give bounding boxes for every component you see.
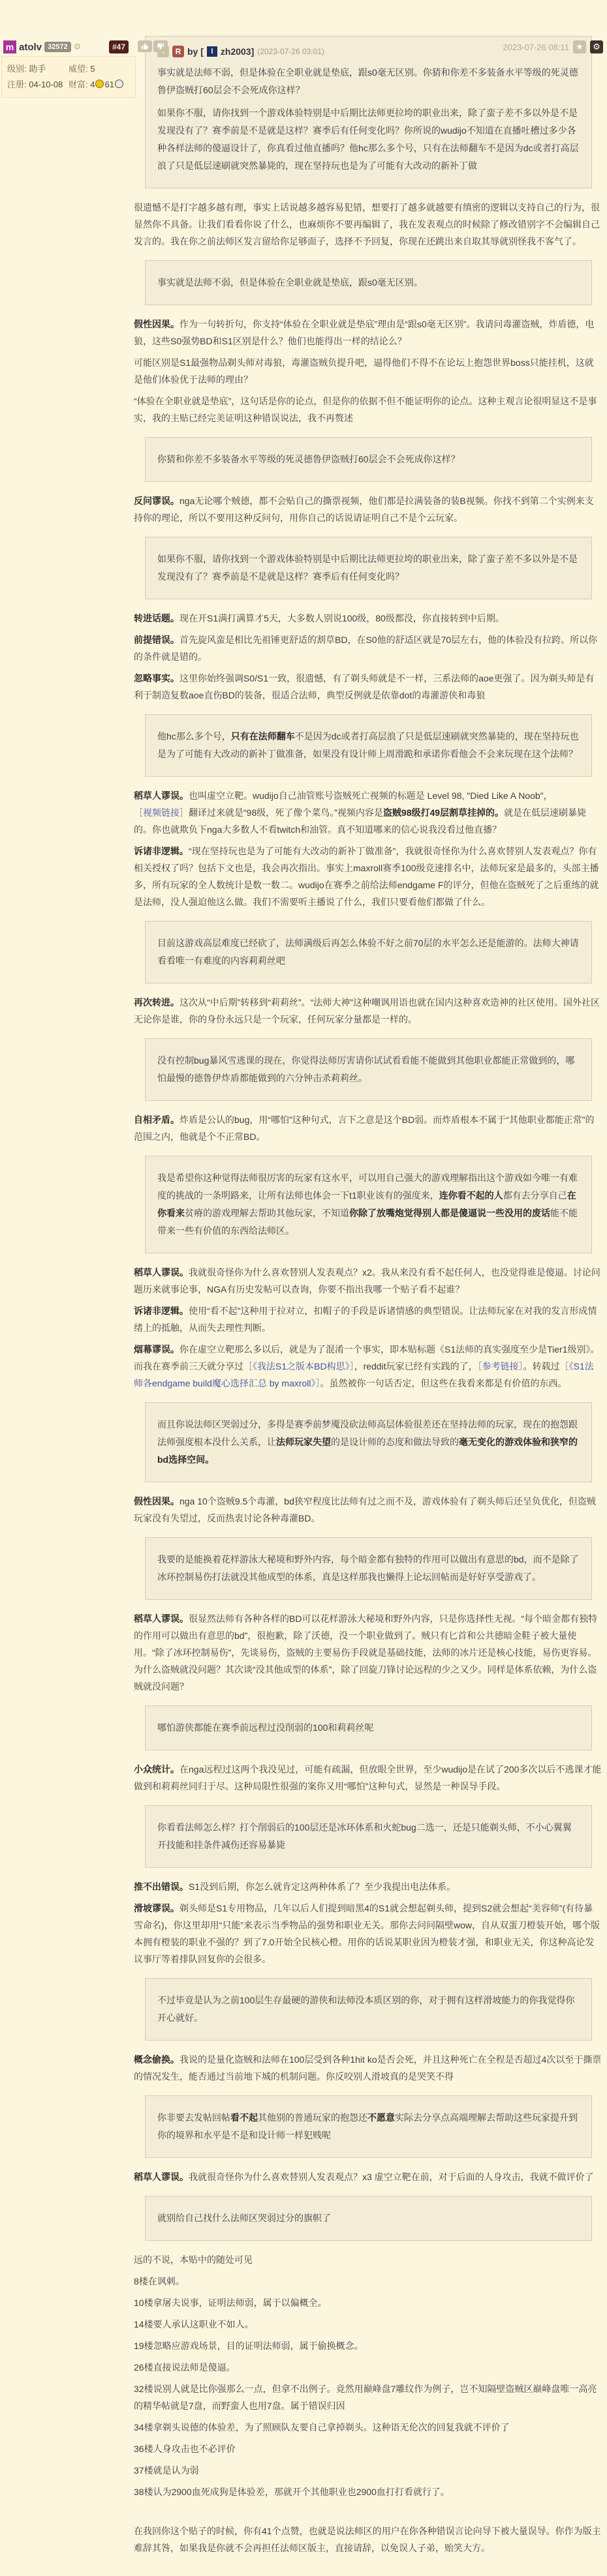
text-run: 哪怕游侠都能在赛季前远程过没削弱的100和莉莉丝呢 [157, 1722, 373, 1733]
reply-paragraph: 稻草人谬误。很显然法师有各种各样的BD可以花样游泳大秘境和野外内容，只是你选择性… [134, 1610, 602, 1695]
quoted-block: 我是希望你这种觉得法师很厉害的玩家有这水平，可以用自己强大的游戏理解指出这个游戏… [145, 1156, 592, 1253]
quote-paragraph: 如果你不服，请你找到一个游戏体验特别是中后期比法师更拉垮的职业出来，除了蛮子差不… [157, 550, 580, 586]
reply-paragraph: 推不出错误。S1没到后期，你怎么就肯定这两种体系了？至少我提出电法体系。 [134, 1878, 602, 1895]
reply-paragraph: “体验在全职业就是垫底”，这句话是你的论点，但是你的依据不但不能证明你的论点。这… [134, 393, 602, 427]
reply-text-block: 稻草人谬误。很显然法师有各种各样的BD可以花样游泳大秘境和野外内容，只是你选择性… [134, 1610, 602, 1695]
bold-text: 再次转进。 [134, 997, 179, 1008]
post-time: 2023-07-26 08:11 [503, 42, 569, 52]
reply-paragraph: 36楼人身攻击也不必评价 [134, 2440, 602, 2457]
text-run: 我就很奇怪你为什么喜欢替别人发表观点？x2。我从来没有看不起任何人，也没觉得谁是… [134, 1267, 600, 1295]
bold-text: 连你看不起的人 [439, 1190, 503, 1201]
text-run: 炸盾是公认的bug，用“哪怕”这种句式，言下之意是这个BD弱。而炸盾根本不属于“… [134, 1115, 594, 1142]
text-run: 剃头师是S1专用物品，几年以后人们提到暗黑4的S1就会想起剃头师，提到S2就会想… [134, 1903, 600, 1964]
bold-text: 忽略事实。 [134, 673, 179, 683]
quoted-block: 而且你说法师区哭弱过分，多得是赛季前梦魇没砍法师高层体验很差还在坚持法师的玩家，… [145, 1402, 592, 1482]
text-run: 远的不说，本贴中的随处可见 [134, 2254, 253, 2265]
quoted-block: 就别给自己找什么法师区哭弱过分的旗帜了 [145, 2196, 592, 2241]
quote-paragraph: 哪怕游侠都能在赛季前远程过没削弱的100和莉莉丝呢 [157, 1719, 580, 1737]
reply-paragraph: 在我回你这个贴子的时候，你有41个点赞，也就是说法师区的用户在你各种错误言论向导… [134, 2523, 602, 2556]
text-run: 在nga远程过这两个我没见过，可能有疏漏，但放眼全世界，至少wudijo是在试了… [134, 1764, 601, 1791]
wealth-label: 财富: [69, 80, 88, 89]
reply-paragraph: 远的不说，本贴中的随处可见 [134, 2251, 602, 2268]
bold-text: 法师玩家失望 [276, 1437, 331, 1447]
quoted-block: 他hc那么多个号，只有在法师翻车不是因为dc或者打高层浪了只是低层速刷就突然暴毙… [145, 714, 592, 777]
text-run: 事实就是法师不弱，但是体验在全职业就是垫底，跟s0毫无区别。 [157, 277, 423, 288]
text-run: 8楼在讽刺。 [134, 2276, 185, 2286]
thumbs-down-icon[interactable] [153, 40, 168, 52]
level-label: 级别: [7, 64, 27, 74]
thumbs-up-icon[interactable] [138, 40, 152, 52]
reply-paragraph: 可能区别是S1最强物品剃头师对毒狼，毒灌盗贼负提升吧，逼得他们不得不在论坛上抱怨… [134, 354, 602, 388]
inline-link[interactable]: ［视频链接］ [134, 807, 189, 818]
bold-text: 滑坡谬误。 [134, 1903, 179, 1913]
text-run: 如果你不服，请你找到一个游戏体验特别是中后期比法师更拉垮的职业出来，除了蛮子差不… [157, 108, 579, 171]
text-run: 。虽然被你一句话否定，但这些在我看来都是有价值的东西。 [320, 1378, 567, 1388]
reply-paragraph: 稻草人谬误。也叫虚空立靶。wudijo自己油管账号盗贼死亡视频的标题是 Leve… [134, 787, 602, 838]
reply-paragraph: 10楼拿屠夫说事，证明法师弱，属于以偏概全。 [134, 2294, 602, 2311]
wealth-gold-value: 4 [90, 80, 95, 89]
text-run: 在我回你这个贴子的时候，你有41个点赞，也就是说法师区的用户在你各种错误言论向导… [134, 2526, 601, 2553]
text-run: “体验在全职业就是垫底”，这句话是你的论点，但是你的依据不但不能证明你的论点。这… [134, 396, 597, 423]
gold-coin-icon [95, 80, 104, 88]
reply-text-block: 小众统计。在nga远程过这两个我没见过，可能有疏漏，但放眼全世界，至少wudij… [134, 1761, 602, 1795]
reply-paragraph: 很遗憾不是打字越多越有理，事实上话说越多越容易犯错，想要打了越多就越要有缜密的逻… [134, 199, 602, 250]
text-run: 我要的是能换着花样游泳大秘境和野外内容，每个暗金都有独特的作用可以做出有意思的b… [157, 1554, 579, 1582]
text-run: “现在坚持玩也是为了可能有大改动的新补丁做准备”，我就很奇怪你为什么喜欢替别人发… [134, 846, 599, 907]
text-run: 如果你不服，请你找到一个游戏体验特别是中后期比法师更拉垮的职业出来，除了蛮子差不… [157, 554, 578, 582]
reply-paragraph: 32楼说别人就是比你强那么一点，但拿不出例子。竟然用巅峰盘7雕纹作为例子，岂不知… [134, 2380, 602, 2414]
post-options-gear-icon[interactable]: ⚙ [590, 40, 603, 53]
quote-paragraph: 我是希望你这种觉得法师很厉害的玩家有这水平，可以用自己强大的游戏理解指出这个游戏… [157, 1169, 580, 1240]
reply-paragraph: 26楼直接说法师是傻逼。 [134, 2359, 602, 2376]
bold-text: 诉诸非逻辑。 [134, 1306, 189, 1316]
bold-text: 稻草人谬误。 [134, 790, 189, 801]
bold-text: 自相矛盾。 [134, 1115, 179, 1125]
bold-text: 反问谬误。 [134, 496, 179, 506]
quote-paragraph: 我要的是能换着花样游泳大秘境和野外内容，每个暗金都有独特的作用可以做出有意思的b… [157, 1551, 580, 1586]
text-run: 我就很奇怪你为什么喜欢替别人发表观点？x3 虚空立靶在前，对于后面的人身攻击，我… [189, 2172, 594, 2182]
reply-paragraph: 概念偷换。我说的是量化盗贼和法师在100层受到各种1hit ko是否会死，并且这… [134, 2051, 602, 2085]
quote-paragraph: 如果你不服，请你找到一个游戏体验特别是中后期比法师更拉垮的职业出来，除了蛮子差不… [157, 104, 580, 175]
reply-paragraph: 诉诸非逻辑。使用“看不起”这种用于拉对立，扣帽子的手段是诉诸情感的典型错误。让法… [134, 1302, 602, 1336]
level-value: 助手 [29, 64, 46, 74]
text-run: 其他别的普通玩家的抱怨还 [258, 2112, 367, 2123]
reply-paragraph: 假性因果。作为一句转折句，你支持“体验在全职业就是垫底”理由是“跟s0毫无区别”… [134, 316, 602, 350]
reply-text-block: 假性因果。作为一句转折句，你支持“体验在全职业就是垫底”理由是“跟s0毫无区别”… [134, 316, 602, 427]
text-run: 目前这游戏高层难度已经砍了，法师满级后再怎么体验不好之前70层的水平怎么还是能游… [157, 938, 579, 966]
bold-text: 稻草人谬误。 [134, 1613, 189, 1624]
prestige-value: 5 [90, 64, 95, 74]
text-run: 19楼忽略应游戏场景，目的证明法师弱，属于偷换概念。 [134, 2341, 364, 2351]
text-run: 14楼要人承认这职业不如人。 [134, 2319, 254, 2329]
bold-text: 你除了放嘴炮觉得别人都是傻逼说一些没用的废话 [349, 1208, 550, 1218]
text-run: 你看看法师怎么样？打个削弱后的100层还是冰环体系和火蛇bug二选一，还是只能剃… [157, 1822, 572, 1850]
reply-paragraph: 前提错误。首先旋风蛮是相比先祖锤更舒适的割草BD，在S0他的舒适区就是70层左右… [134, 631, 602, 665]
quoted-block: 你非要去发帖回帖看不起其他别的普通玩家的抱怨还不愿意实际去分享点高端理解去帮助这… [145, 2095, 592, 2158]
quoted-block: +Rby [lzh2003](2023-07-26 03:01)事实就是法师不弱… [145, 36, 592, 188]
text-run: 首先旋风蛮是相比先祖锤更舒适的割草BD，在S0他的舒适区就是70层左右，他的体验… [134, 635, 597, 662]
reply-paragraph [134, 2505, 602, 2518]
reply-paragraph: 8楼在讽刺。 [134, 2273, 602, 2290]
text-run: 作为一句转折句，你支持“体验在全职业就是垫底”理由是“跟s0毫无区别”。我请问毒… [134, 319, 594, 346]
quote-paragraph: 没有控制bug暴风雪逃课的现在，你觉得法师厉害请你试试看看能不能做到其他职业都能… [157, 1052, 580, 1087]
quoted-block: 事实就是法师不弱，但是体验在全职业就是垫底，跟s0毫无区别。 [145, 260, 592, 305]
register-date: 04-10-08 [29, 80, 63, 89]
text-run: ，reddit玩家已经有实践的了， [354, 1361, 478, 1371]
reply-paragraph: 假性因果。nga 10个盗贼9.5个毒灌，bd狭窄程度比法师有过之而不及，游戏体… [134, 1493, 602, 1527]
text-run: 10楼拿屠夫说事，证明法师弱，属于以偏概全。 [134, 2298, 327, 2308]
reply-paragraph: 37楼就是认为弱 [134, 2462, 602, 2479]
quoted-block: 哪怕游侠都能在赛季前远程过没削弱的100和莉莉丝呢 [145, 1705, 592, 1750]
text-run: 翻译过来就是“98级，死了像个菜鸟。”视频内容是 [189, 807, 383, 818]
quoted-block: 你看看法师怎么样？打个削弱后的100层还是冰环体系和火蛇bug二选一，还是只能剃… [145, 1805, 592, 1868]
text-run: 不过毕竟是认为之前100层生存最硬的游侠和法师没本质区别的你，对于拥有这样滑坡能… [157, 1995, 574, 2023]
bold-text: 概念偷换。 [134, 2054, 179, 2065]
reply-paragraph: 自相矛盾。炸盾是公认的bug，用“哪怕”这种句式，言下之意是这个BD弱。而炸盾根… [134, 1111, 602, 1145]
bold-text: 稻草人谬误。 [134, 2172, 189, 2182]
post-header-bar: m atolv 32572 ⚙ #47 2023-07-26 08:11 ★ ⚙ [0, 36, 607, 55]
quote-paragraph: 他hc那么多个号，只有在法师翻车不是因为dc或者打高层浪了只是低层速刷就突然暴毙… [157, 728, 580, 763]
quoted-block: 目前这游戏高层难度已经砍了，法师满级后再怎么体验不好之前70层的水平怎么还是能游… [145, 921, 592, 983]
quote-paragraph: 就别给自己找什么法师区哭弱过分的旗帜了 [157, 2209, 580, 2227]
post-number-badge: #47 [109, 40, 129, 53]
bold-text: 只有在法师翻车 [231, 731, 295, 741]
text-run: 你猜和你差不多装备水平等级的死灵德鲁伊盗贼打60层会不会死成你这样？ [157, 454, 460, 464]
text-run: 36楼人身攻击也不必评价 [134, 2444, 236, 2454]
quoted-block: 我要的是能换着花样游泳大秘境和野外内容，每个暗金都有独特的作用可以做出有意思的b… [145, 1537, 592, 1600]
bold-text: 烟幕谬误。 [134, 1344, 179, 1355]
bold-text: 小众统计。 [134, 1764, 179, 1775]
post-meta: 2023-07-26 08:11 ★ ⚙ [503, 40, 603, 53]
quote-paragraph: 事实就是法师不弱，但是体验在全职业就是垫底，跟s0毫无区别。 [157, 274, 580, 292]
inline-link[interactable]: ［参考链接］ [478, 1361, 523, 1371]
reply-text-block: 远的不说，本贴中的随处可见8楼在讽刺。10楼拿屠夫说事，证明法师弱，属于以偏概全… [134, 2251, 602, 2556]
text-run: nga无论哪个贼德，都不会贴自己的撕票视频，他们都是拉满装备的装B视频。你找不到… [134, 496, 594, 523]
vote-buttons [138, 40, 168, 52]
reply-paragraph: 14楼要人承认这职业不如人。 [134, 2316, 602, 2333]
user-stats-row: 注册: 04-10-08 财富: 461 [7, 77, 130, 93]
reply-paragraph: 稻草人谬误。我就很奇怪你为什么喜欢替别人发表观点？x2。我从来没有看不起任何人，… [134, 1264, 602, 1298]
reply-paragraph: 诉诸非逻辑。“现在坚持玩也是为了可能有大改动的新补丁做准备”，我就很奇怪你为什么… [134, 843, 602, 910]
text-run: 事实就是法师不弱，但是体验在全职业就是垫底，跟s0毫无区别。你猜和你差不多装备水… [157, 67, 578, 95]
reply-text-block: 反问谬误。nga无论哪个贼德，都不会贴自己的撕票视频，他们都是拉满装备的装B视频… [134, 492, 602, 526]
text-run: 贫瘠的游戏理解去帮助其他玩家，不知道 [185, 1208, 349, 1218]
reply-text-block: 推不出错误。S1没到后期，你怎么就肯定这两种体系了？至少我提出电法体系。滑坡谬误… [134, 1878, 602, 1968]
reply-paragraph: 小众统计。在nga远程过这两个我没见过，可能有疏漏，但放眼全世界，至少wudij… [134, 1761, 602, 1795]
text-run: nga 10个盗贼9.5个毒灌，bd狭窄程度比法师有过之而不及，游戏体验有了剃头… [134, 1496, 596, 1523]
reply-text-block: 再次转进。这次从“中后期”转移到“莉莉丝”。“法师大神”这种嘲讽用语也就在国内这… [134, 994, 602, 1028]
post-content: +Rby [lzh2003](2023-07-26 03:01)事实就是法师不弱… [134, 36, 602, 2556]
text-run: 32楼说别人就是比你强那么一点，但拿不出例子。竟然用巅峰盘7雕纹作为例子，岂不知… [134, 2384, 597, 2411]
reply-text-block: 概念偷换。我说的是量化盗贼和法师在100层受到各种1hit ko是否会死，并且这… [134, 2051, 602, 2085]
favorite-star-icon[interactable]: ★ [573, 40, 586, 53]
quote-paragraph: 事实就是法师不弱，但是体验在全职业就是垫底，跟s0毫无区别。你猜和你差不多装备水… [157, 64, 580, 99]
reply-paragraph: 烟幕谬误。你在虚空立靶那么多以后，就是为了混淆一个事实，即本贴标题《S1法师的真… [134, 1341, 602, 1392]
reply-text-block: 很遗憾不是打字越多越有理，事实上话说越多越容易犯错，想要打了越多就越要有缜密的逻… [134, 199, 602, 250]
reply-paragraph: 忽略事实。这里你始终强调S0/S1一致，很遗憾，有了剃头师就是不一样，三系法师的… [134, 670, 602, 704]
reply-paragraph: 转进话题。现在开S1满打满算才5天，大多数人别说100级，80级都没，你直接转到… [134, 610, 602, 627]
text-run: 你非要去发帖回帖 [157, 2112, 230, 2123]
user-gear-icon[interactable]: ⚙ [74, 42, 82, 52]
text-run: 就别给自己找什么法师区哭弱过分的旗帜了 [157, 2213, 331, 2223]
reply-text-block: 假性因果。nga 10个盗贼9.5个毒灌，bd狭窄程度比法师有过之而不及，游戏体… [134, 1493, 602, 1527]
text-run: 37楼就是认为弱 [134, 2465, 199, 2476]
quoted-block: 没有控制bug暴风雪逃课的现在，你觉得法师厉害请你试试看看能不能做到其他职业都能… [145, 1038, 592, 1101]
text-run: 没有控制bug暴风雪逃课的现在，你觉得法师厉害请你试试看看能不能做到其他职业都能… [157, 1055, 574, 1083]
reply-text-block: 稻草人谬误。也叫虚空立靶。wudijo自己油管账号盗贼死亡视频的标题是 Leve… [134, 787, 602, 910]
inline-link[interactable]: ［《我法S1之版本BD构思》］ [243, 1361, 354, 1371]
reply-paragraph: 再次转进。这次从“中后期”转移到“莉莉丝”。“法师大神”这种嘲讽用语也就在国内这… [134, 994, 602, 1028]
quote-paragraph: 不过毕竟是认为之前100层生存最硬的游侠和法师没本质区别的你，对于拥有这样滑坡能… [157, 1992, 580, 2027]
reply-paragraph: 稻草人谬误。我就很奇怪你为什么喜欢替别人发表观点？x3 虚空立靶在前，对于后面的… [134, 2168, 602, 2185]
text-run: 也叫虚空立靶。wudijo自己油管账号盗贼死亡视频的标题是 Level 98, … [189, 790, 553, 801]
username[interactable]: atolv [19, 42, 42, 53]
reply-text-block: 转进话题。现在开S1满打满算才5天，大多数人别说100级，80级都没，你直接转到… [134, 610, 602, 704]
text-run: 这次从“中后期”转移到“莉莉丝”。“法师大神”这种嘲讽用语也就在国内这种喜欢造神… [134, 997, 600, 1025]
quote-paragraph: 你看看法师怎么样？打个削弱后的100层还是冰环体系和火蛇bug二选一，还是只能剃… [157, 1819, 580, 1854]
text-run: 使用“看不起”这种用于拉对立，扣帽子的手段是诉诸情感的典型错误。让法师玩家在对我… [134, 1306, 597, 1333]
quote-paragraph: 你猜和你差不多装备水平等级的死灵德鲁伊盗贼打60层会不会死成你这样？ [157, 451, 580, 468]
quoted-block: 不过毕竟是认为之前100层生存最硬的游侠和法师没本质区别的你，对于拥有这样滑坡能… [145, 1978, 592, 2041]
bold-text: 诉诸非逻辑。 [134, 846, 189, 856]
reply-paragraph: 滑坡谬误。剃头师是S1专用物品，几年以后人们提到暗黑4的S1就会想起剃头师，提到… [134, 1900, 602, 1968]
text-run: 很显然法师有各种各样的BD可以花样游泳大秘境和野外内容，只是你选择性无视。“每个… [134, 1613, 597, 1692]
silver-coin-icon [115, 80, 123, 88]
bold-text: 前提错误。 [134, 635, 179, 645]
text-run: 我说的是量化盗贼和法师在100层受到各种1hit ko是否会死，并且这种死亡在全… [134, 2054, 601, 2082]
wealth-silver-value: 61 [104, 80, 114, 89]
bold-text: 推不出错误。 [134, 1881, 189, 1892]
reply-paragraph: 34楼拿剃头说德的体验差，为了照顾队友要自己拿掉剃头。这种语无伦次的回复我就不评… [134, 2419, 602, 2436]
text-run: S1没到后期，你怎么就肯定这两种体系了？至少我提出电法体系。 [189, 1881, 456, 1892]
reply-paragraph: 19楼忽略应游戏场景，目的证明法师弱，属于偷换概念。 [134, 2337, 602, 2354]
bold-text: 假性因果。 [134, 319, 179, 329]
quoted-block: 如果你不服，请你找到一个游戏体验特别是中后期比法师更拉垮的职业出来，除了蛮子差不… [145, 537, 592, 599]
bold-text: 假性因果。 [134, 1496, 179, 1506]
uid-badge[interactable]: 32572 [44, 42, 71, 52]
text-run: 现在开S1满打满算才5天，大多数人别说100级，80级都没，你直接转到中后期。 [179, 613, 505, 623]
reply-paragraph: 38楼认为2900血死成狗是体验差，那就开个其他职业也2900血打打看就行了。 [134, 2483, 602, 2500]
reply-text-block: 自相矛盾。炸盾是公认的bug，用“哪怕”这种句式，言下之意是这个BD弱。而炸盾根… [134, 1111, 602, 1145]
text-run: 可能区别是S1最强物品剃头师对毒狼，毒灌盗贼负提升吧，逼得他们不得不在论坛上抱怨… [134, 357, 594, 385]
user-stats-box: 级别: 助手 威望: 5 注册: 04-10-08 财富: 461 [1, 56, 136, 98]
text-run: 的是设计师的态度和做法导致的 [331, 1437, 459, 1447]
text-run: 很遗憾不是打字越多越有理，事实上话说越多越容易犯错，想要打了越多就越要有缜密的逻… [134, 202, 600, 247]
register-label: 注册: [7, 80, 27, 89]
quote-paragraph: 目前这游戏高层难度已经砍了，法师满级后再怎么体验不好之前70层的水平怎么还是能游… [157, 935, 580, 970]
bold-text: 盗贼98级打49层割草挂掉的。 [383, 807, 504, 818]
bold-text: 不愿意 [367, 2112, 395, 2123]
avatar[interactable]: m [3, 40, 16, 53]
prestige-label: 威望: [69, 64, 88, 74]
quote-paragraph: 你非要去发帖回帖看不起其他别的普通玩家的抱怨还不愿意实际去分享点高端理解去帮助这… [157, 2109, 580, 2144]
text-run: 这里你始终强调S0/S1一致，很遗憾，有了剃头师就是不一样，三系法师的aoe更强… [134, 673, 595, 700]
bold-text: 看不起 [230, 2112, 258, 2123]
bold-text: 转进话题。 [134, 613, 179, 623]
reply-text-block: 稻草人谬误。我就很奇怪你为什么喜欢替别人发表观点？x3 虚空立靶在前，对于后面的… [134, 2168, 602, 2185]
text-run: 他hc那么多个号， [157, 731, 231, 741]
text-run: 26楼直接说法师是傻逼。 [134, 2362, 236, 2373]
text-run: 都有去分享自己 [503, 1190, 567, 1201]
quote-paragraph: 而且你说法师区哭弱过分，多得是赛季前梦魇没砍法师高层体验很差还在坚持法师的玩家，… [157, 1416, 580, 1469]
poster-info: m atolv 32572 ⚙ #47 [3, 40, 129, 53]
text-run: 38楼认为2900血死成狗是体验差，那就开个其他职业也2900血打打看就行了。 [134, 2487, 450, 2497]
text-run: 。转载过 [523, 1361, 560, 1371]
reply-text-block: 稻草人谬误。我就很奇怪你为什么喜欢替别人发表观点？x2。我从来没有看不起任何人，… [134, 1264, 602, 1392]
bold-text: 稻草人谬误。 [134, 1267, 189, 1278]
quoted-block: 你猜和你差不多装备水平等级的死灵德鲁伊盗贼打60层会不会死成你这样？ [145, 437, 592, 482]
reply-paragraph: 反问谬误。nga无论哪个贼德，都不会贴自己的撕票视频，他们都是拉满装备的装B视频… [134, 492, 602, 526]
user-stats-row: 级别: 助手 威望: 5 [7, 61, 130, 77]
text-run: 34楼拿剃头说德的体验差，为了照顾队友要自己拿掉剃头。这种语无伦次的回复我就不评… [134, 2422, 510, 2433]
